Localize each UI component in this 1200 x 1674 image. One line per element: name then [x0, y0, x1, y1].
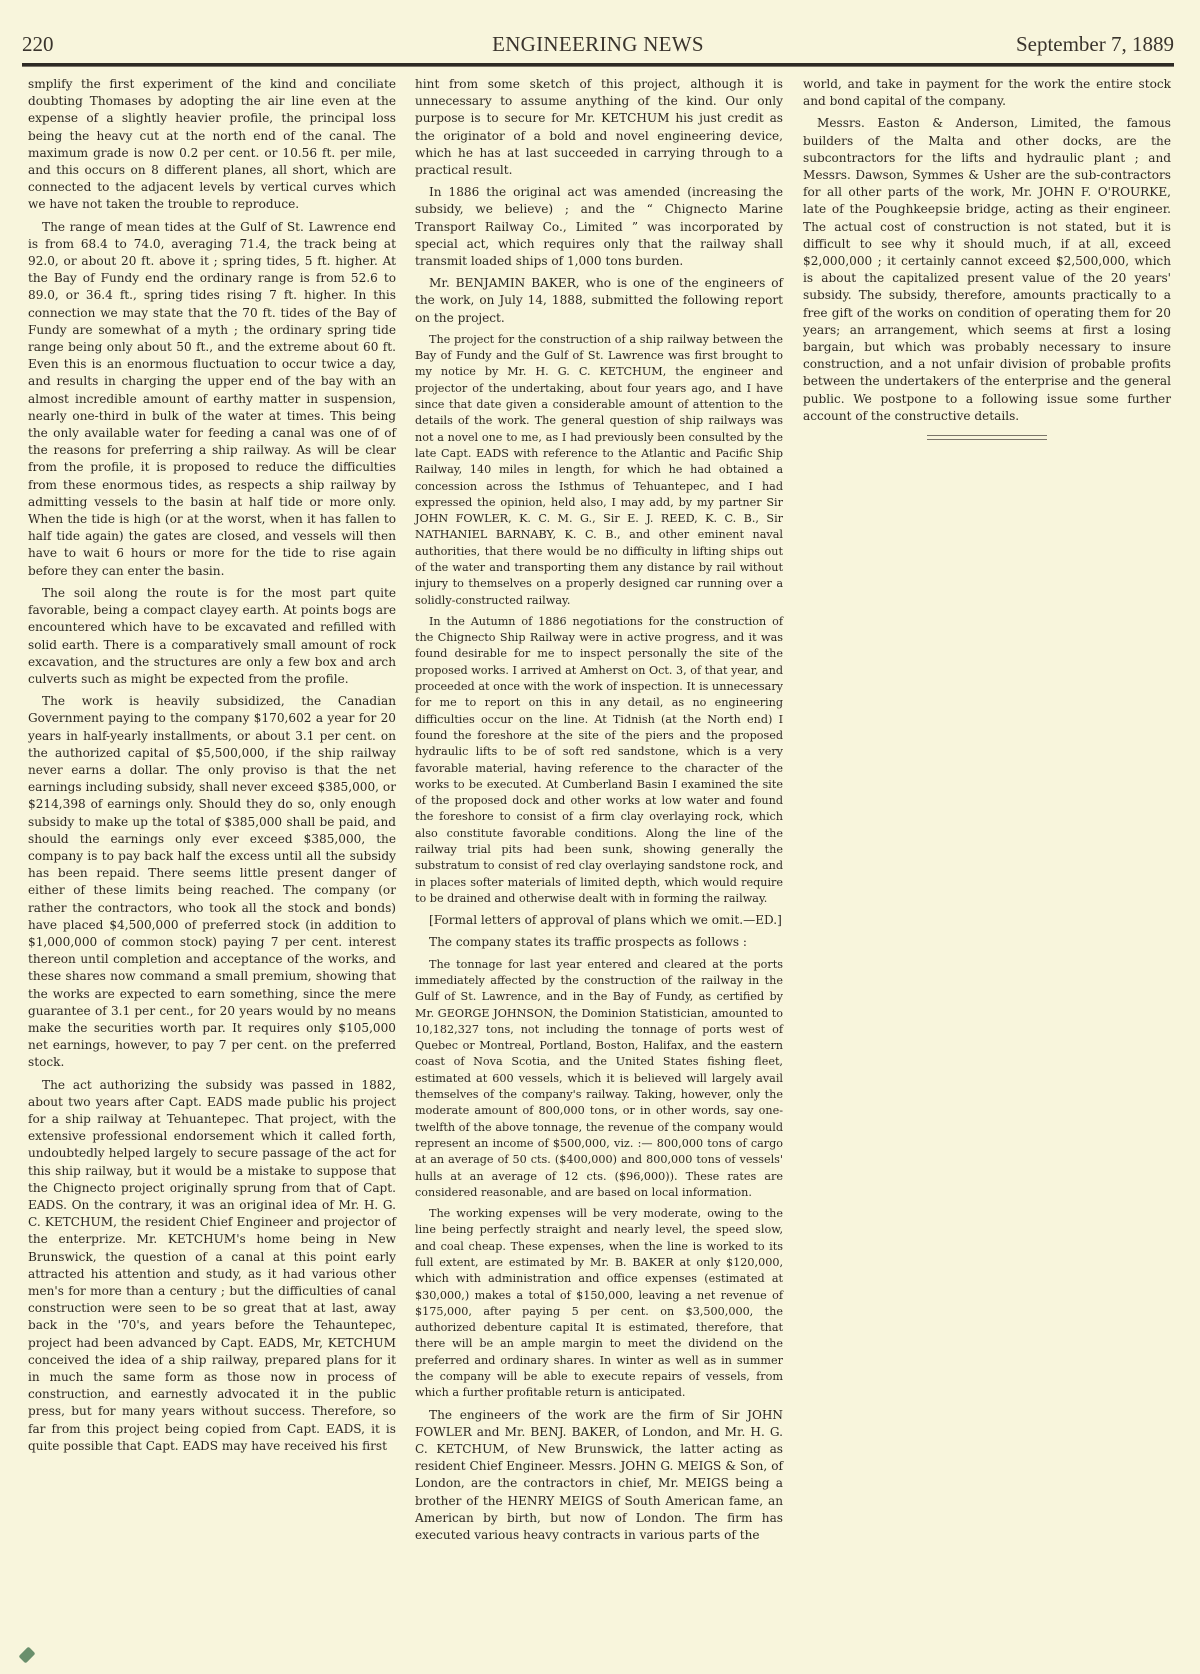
- article-paragraph: In 1886 the original act was amended (in…: [415, 184, 783, 270]
- article-paragraph: hint from some sketch of this project, a…: [415, 76, 783, 179]
- column-2: hint from some sketch of this project, a…: [415, 76, 783, 1549]
- column-1: smplify the first experiment of the kind…: [28, 76, 396, 1460]
- article-paragraph: The engineers of the work are the firm o…: [415, 1407, 783, 1545]
- article-paragraph: The soil along the route is for the most…: [28, 585, 396, 688]
- article-paragraph: The range of mean tides at the Gulf of S…: [28, 219, 396, 580]
- article-paragraph: world, and take in payment for the work …: [803, 76, 1171, 110]
- article-paragraph: [Formal letters of approval of plans whi…: [415, 912, 783, 929]
- publication-title: ENGINEERING NEWS: [22, 32, 1174, 57]
- page-header: 220 ENGINEERING NEWS September 7, 1889: [22, 32, 1174, 58]
- article-paragraph: smplify the first experiment of the kind…: [28, 76, 396, 214]
- header-rule: [22, 63, 1174, 67]
- article-paragraph: The project for the construction of a sh…: [415, 332, 783, 609]
- article-paragraph: In the Autumn of 1886 negotiations for t…: [415, 614, 783, 907]
- issue-date: September 7, 1889: [1016, 32, 1174, 57]
- ink-smudge-mark: [19, 1647, 36, 1664]
- article-end-rule: [927, 435, 1047, 440]
- column-3: world, and take in payment for the work …: [803, 76, 1171, 440]
- article-paragraph: The company states its traffic prospects…: [415, 934, 783, 951]
- newspaper-page: 220 ENGINEERING NEWS September 7, 1889 s…: [0, 0, 1200, 1674]
- article-paragraph: Mr. BENJAMIN BAKER, who is one of the en…: [415, 275, 783, 327]
- article-paragraph: The tonnage for last year entered and cl…: [415, 957, 783, 1201]
- article-paragraph: Messrs. Easton & Anderson, Limited, the …: [803, 115, 1171, 425]
- article-paragraph: The act authorizing the subsidy was pass…: [28, 1077, 396, 1455]
- article-paragraph: The work is heavily subsidized, the Cana…: [28, 693, 396, 1071]
- article-paragraph: The working expenses will be very modera…: [415, 1206, 783, 1402]
